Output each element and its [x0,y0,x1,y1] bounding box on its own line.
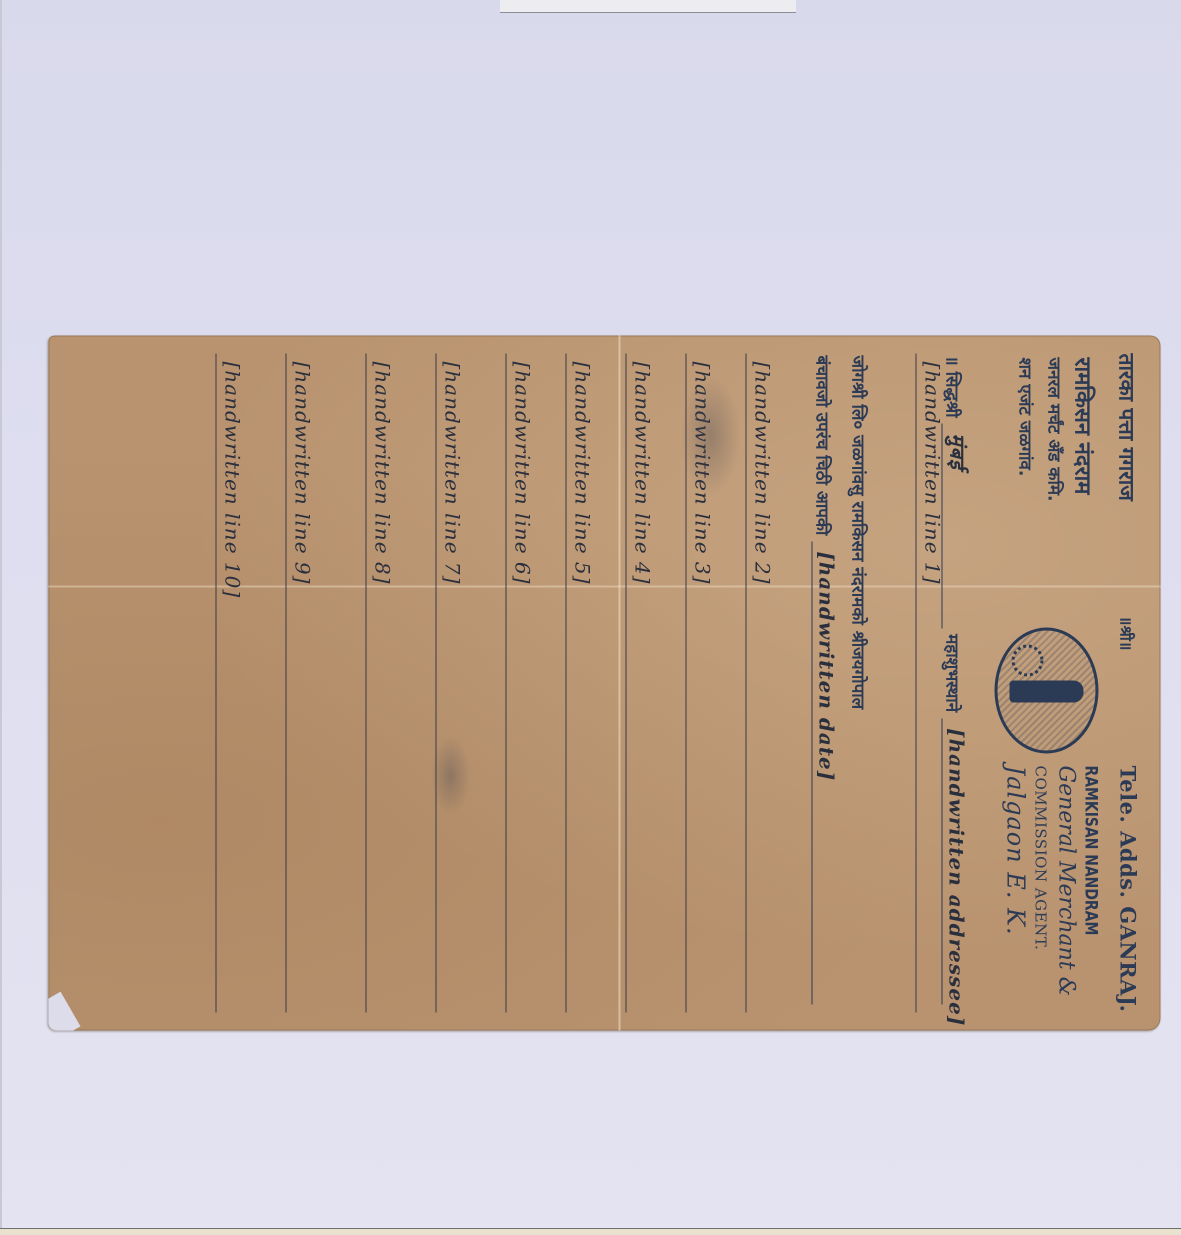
letter-ref-line: बंचावजो उपरंच चिठी आपकी [handwritten dat… [811,355,834,1010]
shri-mark: ॥श्री॥ [1115,615,1137,650]
firm-location-english: Jalgaon E. K. [1001,765,1029,1014]
firm-block-devanagari: रामकिसन नंदराम जनरल मर्चंट अँड कमि. शन ए… [1009,357,1096,607]
handwritten-date: [handwritten date] [814,551,838,781]
firm-desc-devanagari: जनरल मर्चंट अँड कमि. [1038,357,1067,607]
handwritten-text: [handwritten line 1] [920,361,944,584]
handwritten-text: [handwritten line 4] [630,361,654,584]
postcard-wrapper: तारका पत्ता गगराज ॥श्री॥ Tele. Adds. GAN… [48,335,1160,1030]
handwritten-ruled-line: [handwritten line 2] [745,353,790,1012]
firm-block-english: RAMKISAN NANDRAM General Merchant & COMM… [1001,765,1100,1014]
telegram-label-devanagari: तारका पत्ता गगराज [1112,353,1140,500]
handwritten-ruled-line: [handwritten line 5] [565,353,610,1012]
handwritten-ruled-line: [handwritten line 6] [505,353,550,1012]
handwritten-ruled-line: [handwritten line 8] [365,353,410,1012]
flower-icon [1011,644,1043,676]
handwritten-text: [handwritten line 7] [440,361,464,584]
letter-ref-prefix: बंचावजो उपरंच चिठी आपकी [811,355,834,535]
figure-icon [1009,680,1083,702]
handwritten-text: [handwritten line 10] [220,361,244,598]
firm-role-english: COMMISSION AGENT. [1031,765,1049,1014]
telegram-label-english: Tele. Adds. GANRAJ. [1112,765,1140,1012]
ink-smudge [430,735,470,815]
oval-emblem-icon [994,627,1098,753]
date-fill: [handwritten date] [811,541,830,1004]
handwritten-ruled-line: [handwritten line 4] [625,353,670,1012]
greeting-line: जोगश्री लि० जळगांवसु रामकिसन नंदरामको श्… [847,355,870,1010]
greeting-text: जोगश्री लि० जळगांवसु रामकिसन नंदरामको श्… [847,355,870,709]
firm-name-devanagari: रामकिसन नंदराम [1067,357,1096,607]
handwritten-text: [handwritten line 9] [290,361,314,584]
firm-location-devanagari: शन एजंट जळगांव. [1009,357,1038,607]
handwritten-text: [handwritten line 8] [370,361,394,584]
telegram-header: तारका पत्ता गगराज ॥श्री॥ Tele. Adds. GAN… [1112,353,1140,1012]
firm-desc-english: General Merchant & [1053,765,1078,1014]
handwritten-text: [handwritten line 6] [510,361,534,584]
handwritten-ruled-line: [handwritten line 1] [915,353,960,1012]
ink-smudge [680,375,740,495]
handwritten-ruled-line: [handwritten line 9] [285,353,330,1012]
scan-edge-left [0,0,2,1235]
handwritten-text: [handwritten line 2] [750,361,774,584]
paper-slip-top [500,0,796,13]
firm-name-english: RAMKISAN NANDRAM [1080,765,1100,969]
handwritten-ruled-line: [handwritten line 10] [215,353,260,1012]
handwritten-ruled-line: [handwritten line 7] [435,353,480,1012]
handwritten-text: [handwritten line 5] [570,361,594,584]
postcard: तारका पत्ता गगराज ॥श्री॥ Tele. Adds. GAN… [48,335,1160,1030]
scan-edge-bottom [0,1228,1181,1235]
torn-corner [48,991,80,1030]
fold-crease [618,335,620,1030]
